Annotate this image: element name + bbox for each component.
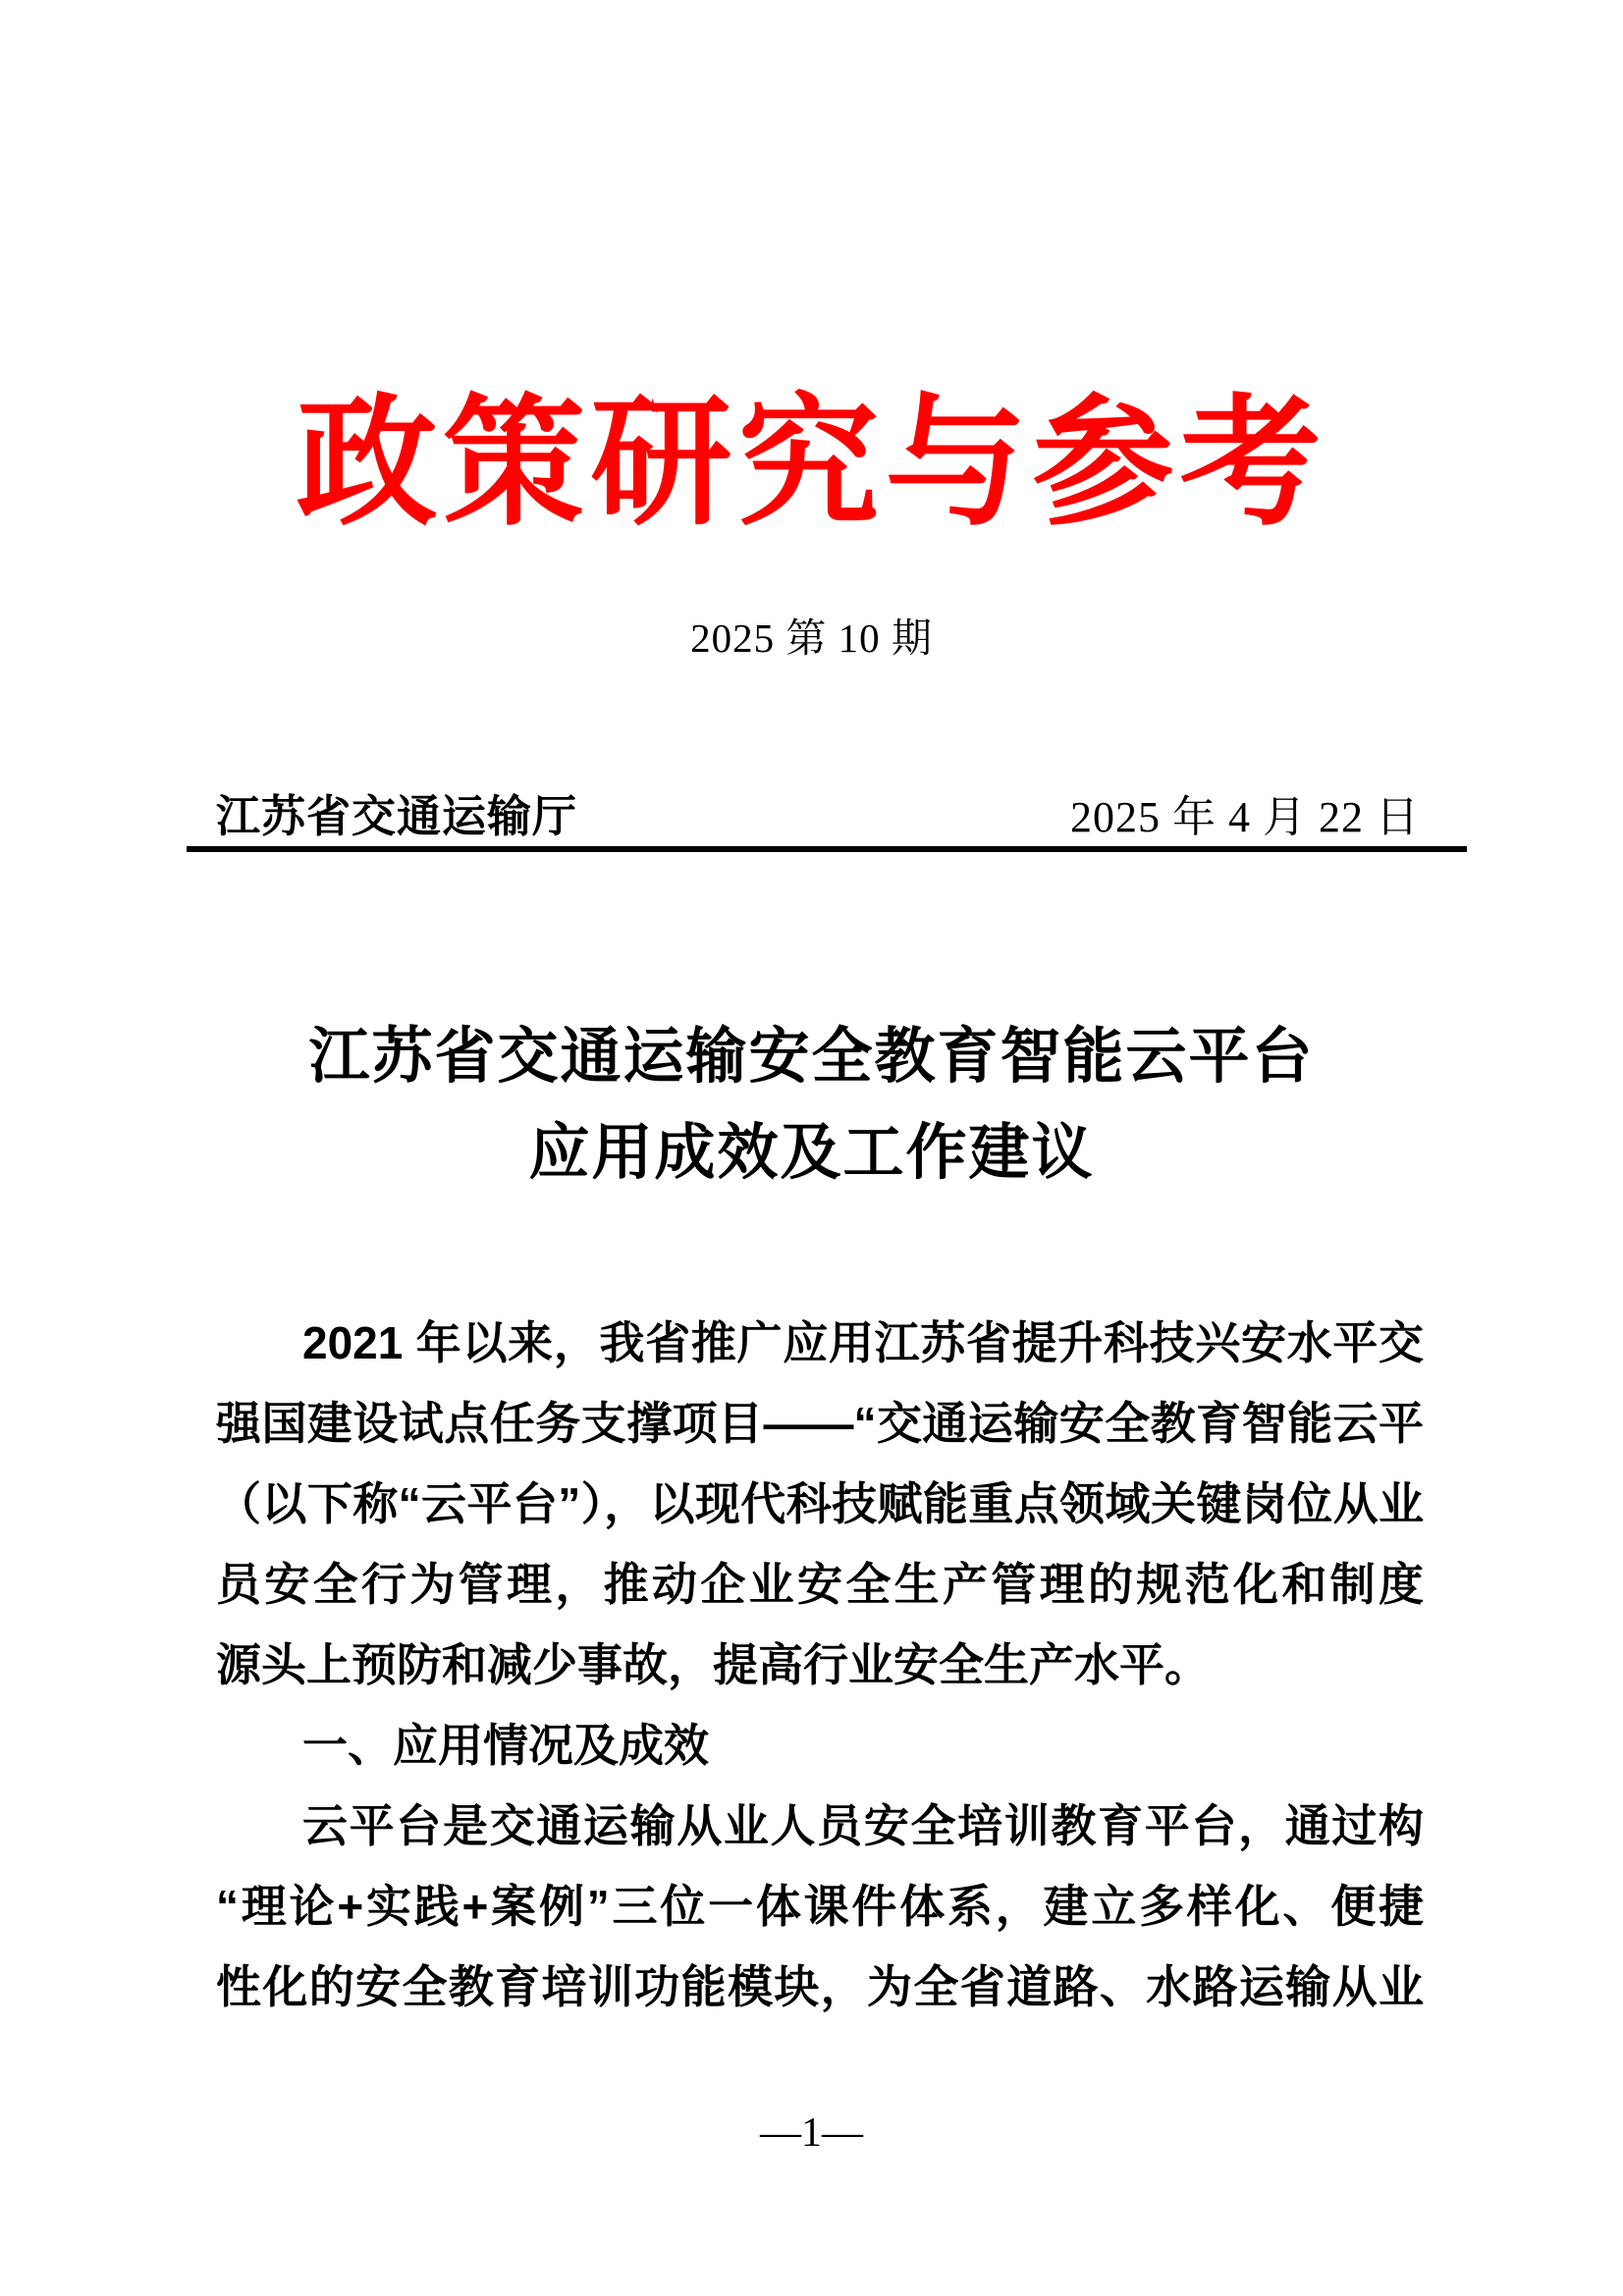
paragraph-2: 云平台是交通运输从业人员安全培训教育平台，通过构建 “理论+实践+案例”三位一体… [216,1786,1424,2027]
document-title: 江苏省交通运输安全教育智能云平台 应用成效及工作建议 [0,1009,1623,1201]
masthead-title: 政策研究与参考 [0,381,1623,546]
text-line: 源头上预防和减少事故，提高行业安全生产水平。 [216,1625,1424,1705]
paragraph-1: 2021 年以来，我省推广应用江苏省提升科技兴安水平交通 强国建设试点任务支撑项… [216,1303,1424,1705]
text-line: 2021 年以来，我省推广应用江苏省提升科技兴安水平交通 [216,1303,1424,1383]
publish-date: 2025 年 4 月 22 日 [1070,791,1420,844]
text-line: 性化的安全教育培训功能模块，为全省道路、水路运输从业人员 [216,1947,1424,2027]
text-line: 员安全行为管理，推动企业安全生产管理的规范化和制度化，从 [216,1544,1424,1625]
body-text: 2021 年以来，我省推广应用江苏省提升科技兴安水平交通 强国建设试点任务支撑项… [216,1303,1424,2027]
text-line: 强国建设试点任务支撑项目——“交通运输安全教育智能云平台” [216,1383,1424,1464]
header-row: 江苏省交通运输厅 2025 年 4 月 22 日 [216,789,1420,846]
text-line: （以下称“云平台”），以现代科技赋能重点领域关键岗位从业人 [216,1464,1424,1544]
publisher-name: 江苏省交通运输厅 [216,789,577,844]
text-line: “理论+实践+案例”三位一体课件体系，建立多样化、便捷化、个 [216,1866,1424,1947]
page-number: —1— [0,2109,1623,2158]
text-line: 云平台是交通运输从业人员安全培训教育平台，通过构建 [216,1786,1424,1866]
header-rule [187,846,1467,852]
document-title-line1: 江苏省交通运输安全教育智能云平台 [0,1009,1623,1105]
section-heading-1: 一、应用情况及成效 [216,1705,1424,1786]
document-title-line2: 应用成效及工作建议 [0,1105,1623,1201]
issue-number: 2025 第 10 期 [0,611,1623,666]
document-page: 政策研究与参考 2025 第 10 期 江苏省交通运输厅 2025 年 4 月 … [0,0,1623,2296]
